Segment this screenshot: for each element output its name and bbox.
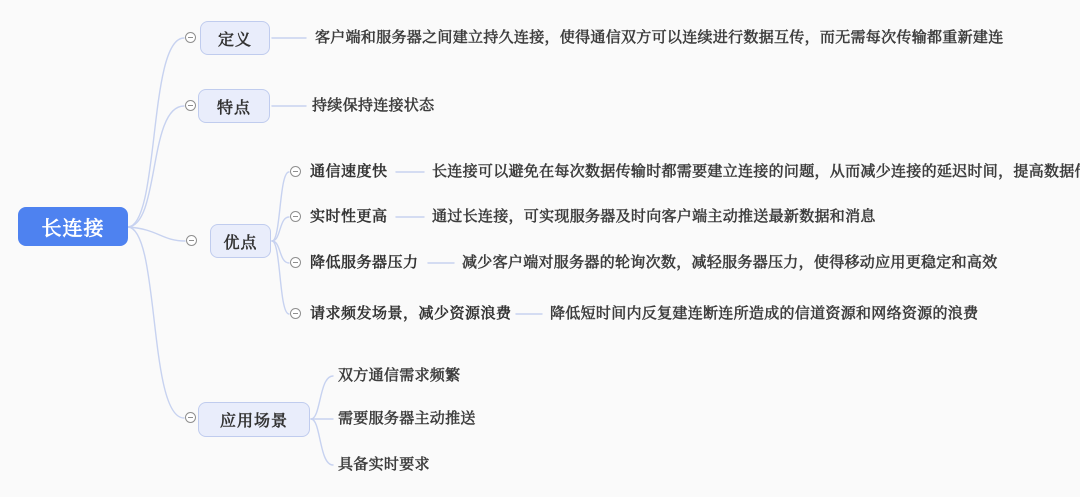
node-adv-speed[interactable]: 通信速度快	[310, 163, 388, 181]
node-scenario-push[interactable]: 需要服务器主动推送	[338, 410, 476, 428]
edge-root-definition	[128, 38, 184, 227]
collapse-icon[interactable]	[290, 166, 301, 177]
node-scenario-realtime[interactable]: 具备实时要求	[338, 456, 430, 474]
node-adv-realtime-detail[interactable]: 通过长连接，可实现服务器及时向客户端主动推送最新数据和消息	[432, 208, 876, 226]
collapse-icon[interactable]	[185, 412, 196, 423]
collapse-icon[interactable]	[290, 257, 301, 268]
edge-root-scenarios	[128, 227, 184, 418]
node-scenario-frequent[interactable]: 双方通信需求频繁	[338, 367, 460, 385]
node-features-detail[interactable]: 持续保持连接状态	[312, 97, 434, 115]
node-adv-server-load[interactable]: 降低服务器压力	[310, 254, 419, 272]
root-node[interactable]: 长连接	[18, 207, 128, 246]
branch-node-scenarios[interactable]: 应用场景	[198, 402, 310, 437]
node-adv-server-load-detail[interactable]: 减少客户端对服务器的轮询次数，减轻服务器压力，使得移动应用更稳定和高效	[462, 254, 998, 272]
node-adv-resource[interactable]: 请求频发场景，减少资源浪费	[310, 305, 512, 323]
collapse-icon[interactable]	[186, 235, 197, 246]
node-adv-resource-detail[interactable]: 降低短时间内反复建连断连所造成的信道资源和网络资源的浪费	[550, 305, 978, 323]
edge-scen-3	[311, 419, 333, 465]
branch-node-definition[interactable]: 定义	[200, 21, 270, 55]
collapse-icon[interactable]	[290, 211, 301, 222]
branch-label: 应用场景	[220, 408, 288, 431]
edge-scen-1	[311, 376, 333, 419]
branch-label: 定义	[218, 27, 252, 50]
collapse-icon[interactable]	[185, 32, 196, 43]
edge-adv-1	[272, 172, 289, 241]
collapse-icon[interactable]	[290, 308, 301, 319]
edge-adv-3	[272, 241, 289, 263]
branch-node-advantages[interactable]: 优点	[210, 224, 271, 258]
connector-lines	[0, 0, 1080, 497]
branch-node-features[interactable]: 特点	[198, 89, 270, 123]
branch-label: 优点	[223, 230, 257, 253]
node-adv-realtime[interactable]: 实时性更高	[310, 208, 388, 226]
collapse-icon[interactable]	[185, 100, 196, 111]
branch-label: 特点	[217, 95, 251, 118]
edge-root-advantages	[128, 227, 185, 241]
edge-adv-2	[272, 217, 289, 241]
node-definition-detail[interactable]: 客户端和服务器之间建立持久连接，使得通信双方可以连续进行数据互传，而无需每次传输…	[315, 29, 1004, 47]
edge-root-features	[128, 106, 184, 227]
root-node-label: 长连接	[42, 212, 105, 241]
mindmap-canvas: 长连接 定义 客户端和服务器之间建立持久连接，使得通信双方可以连续进行数据互传，…	[0, 0, 1080, 497]
node-adv-speed-detail[interactable]: 长连接可以避免在每次数据传输时都需要建立连接的问题，从而减少连接的延迟时间，提高…	[432, 163, 1080, 181]
edge-adv-4	[272, 241, 289, 314]
